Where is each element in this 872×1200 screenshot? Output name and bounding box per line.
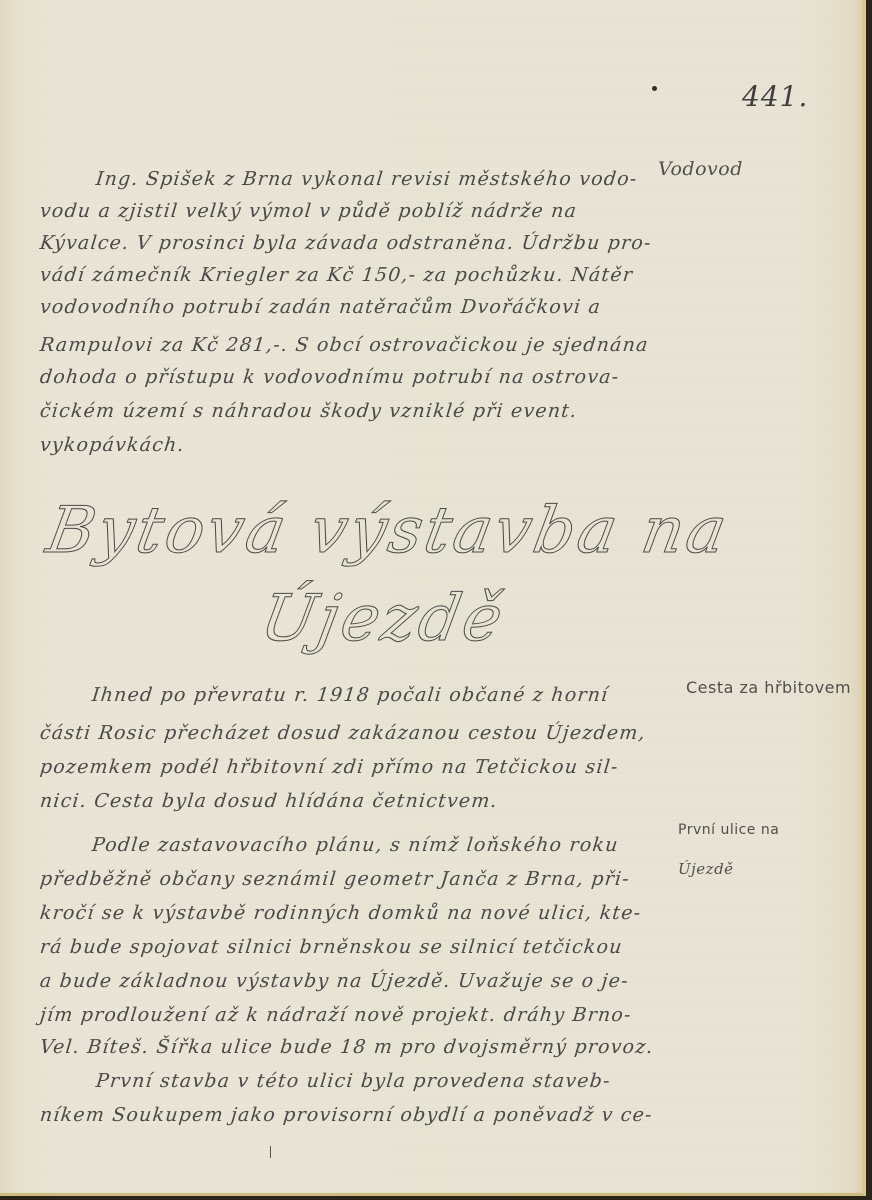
text-line: První stavba v této ulici byla provedena…: [95, 1070, 612, 1092]
text-line: rá bude spojovat silnici brněnskou se si…: [39, 936, 624, 958]
text-line: Rampulovi za Kč 281,-. S obcí ostrovačic…: [39, 334, 650, 356]
text-line: Ing. Spišek z Brna vykonal revisi městsk…: [95, 168, 639, 190]
margin-note-prvni-ulice: První ulice na: [678, 822, 779, 838]
manuscript-page: 441. Ing. Spišek z Brna vykonal revisi m…: [0, 0, 866, 1196]
ink-spot: [652, 86, 657, 91]
text-line: vádí zámečník Kriegler za Kč 150,- za po…: [39, 264, 634, 286]
ink-mark: [270, 1146, 271, 1158]
text-line: jím prodloužení až k nádraží nově projek…: [39, 1004, 633, 1026]
text-line: vodu a zjistil velký výmol v půdě poblíž…: [39, 200, 578, 222]
text-line: kročí se k výstavbě rodinných domků na n…: [39, 902, 643, 924]
text-line: Podle zastavovacího plánu, s nímž loňské…: [91, 834, 620, 856]
text-line: vodovodního potrubí zadán natěračům Dvoř…: [39, 296, 602, 318]
text-line: Kývalce. V prosinci byla závada odstraně…: [39, 232, 653, 254]
text-line: předběžně občany seznámil geometr Janča …: [39, 868, 631, 890]
section-heading-line1: Bytová výstavba na: [41, 494, 734, 568]
text-line: Vel. Bíteš. Šířka ulice bude 18 m pro dv…: [39, 1036, 655, 1058]
margin-note-vodovod: Vodovod: [658, 158, 743, 180]
margin-note-ujezde: Újezdě: [678, 860, 734, 878]
text-line: dohoda o přístupu k vodovodnímu potrubí …: [39, 366, 621, 388]
text-line: nici. Cesta byla dosud hlídána četnictve…: [39, 790, 499, 812]
text-line: a bude základnou výstavby na Újezdě. Uva…: [39, 970, 630, 992]
section-heading-line2: Újezdě: [255, 582, 510, 656]
text-line: části Rosic přecházet dosud zakázanou ce…: [39, 722, 647, 744]
text-line: Ihned po převratu r. 1918 počali občané …: [91, 684, 610, 706]
margin-note-cesta: Cesta za hřbitovem: [686, 678, 851, 697]
text-line: čickém území s náhradou škody vzniklé př…: [39, 400, 579, 422]
text-line: vykopávkách.: [39, 434, 186, 456]
page-number: 441.: [742, 80, 808, 113]
text-line: pozemkem podél hřbitovní zdi přímo na Te…: [39, 756, 620, 778]
text-line: níkem Soukupem jako provisorní obydlí a …: [39, 1104, 654, 1126]
